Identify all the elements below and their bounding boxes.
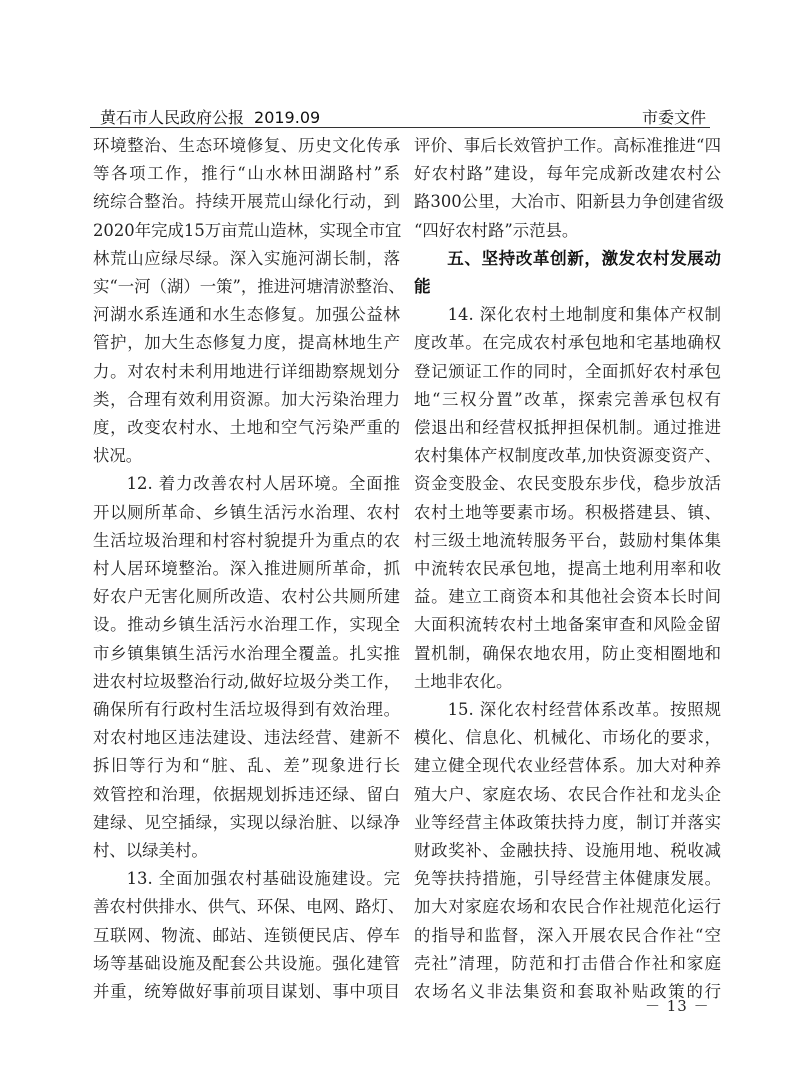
text-line: 村三级土地流转服务平台，鼓励村集体集: [414, 527, 721, 555]
text-line: 益。建立工商资本和其他社会资本长时间: [414, 583, 721, 611]
text-line: 12. 着力改善农村人居环境。全面推: [93, 470, 400, 498]
text-line: 的指导和监督，深入开展农民合作社“空: [414, 922, 721, 950]
text-line: 河湖水系连通和水生态修复。加强公益林: [93, 301, 400, 329]
text-line: 建绿、见空插绿，实现以绿治脏、以绿净: [93, 809, 400, 837]
right-column: 评价、事后长效管护工作。高标准推进“四好农村路”建设，每年完成新改建农村公路30…: [414, 132, 721, 1006]
text-line: 生活垃圾治理和村容村貌提升为重点的农: [93, 527, 400, 555]
text-line: 实“一河（湖）一策”，推进河塘清淤整治、: [93, 273, 400, 301]
text-line: 度，改变农村水、土地和空气污染严重的: [93, 414, 400, 442]
section-heading-5: 五、坚持改革创新，激发农村发展动能: [414, 245, 721, 301]
text-line: 并重，统筹做好事前项目谋划、事中项目: [93, 978, 400, 1006]
text-line: “四好农村路”示范县。: [414, 217, 721, 245]
text-line: 置机制，确保农地农用，防止变相圈地和: [414, 640, 721, 668]
text-line: 壳社”清理，防范和打击借合作社和家庭: [414, 950, 721, 978]
publication-name: 黄石市人民政府公报: [100, 108, 244, 127]
text-line: 13. 全面加强农村基础设施建设。完: [93, 865, 400, 893]
page-number: － 13 －: [645, 995, 710, 1016]
text-line: 评价、事后长效管护工作。高标准推进“四: [414, 132, 721, 160]
text-line: 中流转农民承包地，提高土地利用率和收: [414, 555, 721, 583]
text-line: 15. 深化农村经营体系改革。按照规: [414, 696, 721, 724]
text-line: 殖大户、家庭农场、农民合作社和龙头企: [414, 781, 721, 809]
text-line: 拆旧等行为和“脏、乱、差”现象进行长: [93, 752, 400, 780]
text-line: 土地非农化。: [414, 668, 721, 696]
paragraph-12: 12. 着力改善农村人居环境。全面推开以厕所革命、乡镇生活污水治理、农村生活垃圾…: [93, 470, 400, 865]
text-line: 2020年完成15万亩荒山造林，实现全市宜: [93, 217, 400, 245]
text-line: 免等扶持措施，引导经营主体健康发展。: [414, 865, 721, 893]
text-line: 力。对农村未利用地进行详细勘察规划分: [93, 358, 400, 386]
heading-line: 五、坚持改革创新，激发农村发展动: [414, 245, 721, 273]
paragraph-13: 13. 全面加强农村基础设施建设。完善农村供排水、供气、环保、电网、路灯、互联网…: [93, 865, 400, 1006]
running-header: 黄石市人民政府公报2019.09 市委文件: [90, 103, 710, 128]
text-line: 进农村垃圾整治行动,做好垃圾分类工作，: [93, 668, 400, 696]
left-column: 环境整治、生态环境修复、历史文化传承等各项工作，推行“山水林田湖路村”系统综合整…: [93, 132, 400, 1006]
heading-line: 能: [414, 273, 721, 301]
text-line: 环境整治、生态环境修复、历史文化传承: [93, 132, 400, 160]
text-line: 模化、信息化、机械化、市场化的要求，: [414, 724, 721, 752]
paragraph-11-continued: 环境整治、生态环境修复、历史文化传承等各项工作，推行“山水林田湖路村”系统综合整…: [93, 132, 400, 470]
text-line: 管护，加大生态修复力度，提高林地生产: [93, 329, 400, 357]
paragraph-15: 15. 深化农村经营体系改革。按照规模化、信息化、机械化、市场化的要求，建立健全…: [414, 696, 721, 1006]
paragraph-13-continued: 评价、事后长效管护工作。高标准推进“四好农村路”建设，每年完成新改建农村公路30…: [414, 132, 721, 245]
publication-title: 黄石市人民政府公报2019.09: [100, 105, 320, 128]
text-line: 地“三权分置”改革，探索完善承包权有: [414, 386, 721, 414]
text-line: 登记颁证工作的同时，全面抓好农村承包: [414, 358, 721, 386]
text-line: 好农村路”建设，每年完成新改建农村公: [414, 160, 721, 188]
paragraph-14: 14. 深化农村土地制度和集体产权制度改革。在完成农村承包地和宅基地确权登记颁证…: [414, 301, 721, 696]
text-line: 类，合理有效利用资源。加大污染治理力: [93, 386, 400, 414]
text-line: 开以厕所革命、乡镇生活污水治理、农村: [93, 499, 400, 527]
text-line: 统综合整治。持续开展荒山绿化行动，到: [93, 188, 400, 216]
text-line: 状况。: [93, 442, 400, 470]
text-line: 村人居环境整治。深入推进厕所革命，抓: [93, 555, 400, 583]
issue-number: 2019.09: [254, 108, 320, 127]
text-line: 市乡镇集镇生活污水治理全覆盖。扎实推: [93, 640, 400, 668]
text-line: 确保所有行政村生活垃圾得到有效治理。: [93, 696, 400, 724]
text-line: 效管控和治理，依据规划拆违还绿、留白: [93, 781, 400, 809]
section-label: 市委文件: [642, 105, 706, 128]
text-line: 村、以绿美村。: [93, 837, 400, 865]
text-line: 善农村供排水、供气、环保、电网、路灯、: [93, 893, 400, 921]
text-line: 业等经营主体政策扶持力度，制订并落实: [414, 809, 721, 837]
text-line: 资金变股金、农民变股东步伐，稳步放活: [414, 470, 721, 498]
text-line: 好农户无害化厕所改造、农村公共厕所建: [93, 583, 400, 611]
text-line: 农村集体产权制度改革,加快资源变资产、: [414, 442, 721, 470]
text-line: 偿退出和经营权抵押担保机制。通过推进: [414, 414, 721, 442]
text-line: 度改革。在完成农村承包地和宅基地确权: [414, 329, 721, 357]
text-line: 互联网、物流、邮站、连锁便民店、停车: [93, 922, 400, 950]
text-line: 加大对家庭农场和农民合作社规范化运行: [414, 893, 721, 921]
text-line: 财政奖补、金融扶持、设施用地、税收减: [414, 837, 721, 865]
text-line: 农村土地等要素市场。积极搭建县、镇、: [414, 499, 721, 527]
text-line: 建立健全现代农业经营体系。加大对种养: [414, 752, 721, 780]
text-line: 14. 深化农村土地制度和集体产权制: [414, 301, 721, 329]
text-line: 等各项工作，推行“山水林田湖路村”系: [93, 160, 400, 188]
text-line: 林荒山应绿尽绿。深入实施河湖长制，落: [93, 245, 400, 273]
text-line: 大面积流转农村土地备案审查和风险金留: [414, 611, 721, 639]
text-line: 对农村地区违法建设、违法经营、建新不: [93, 724, 400, 752]
text-line: 场等基础设施及配套公共设施。强化建管: [93, 950, 400, 978]
text-line: 设。推动乡镇生活污水治理工作，实现全: [93, 611, 400, 639]
text-line: 路300公里，大冶市、阳新县力争创建省级: [414, 188, 721, 216]
